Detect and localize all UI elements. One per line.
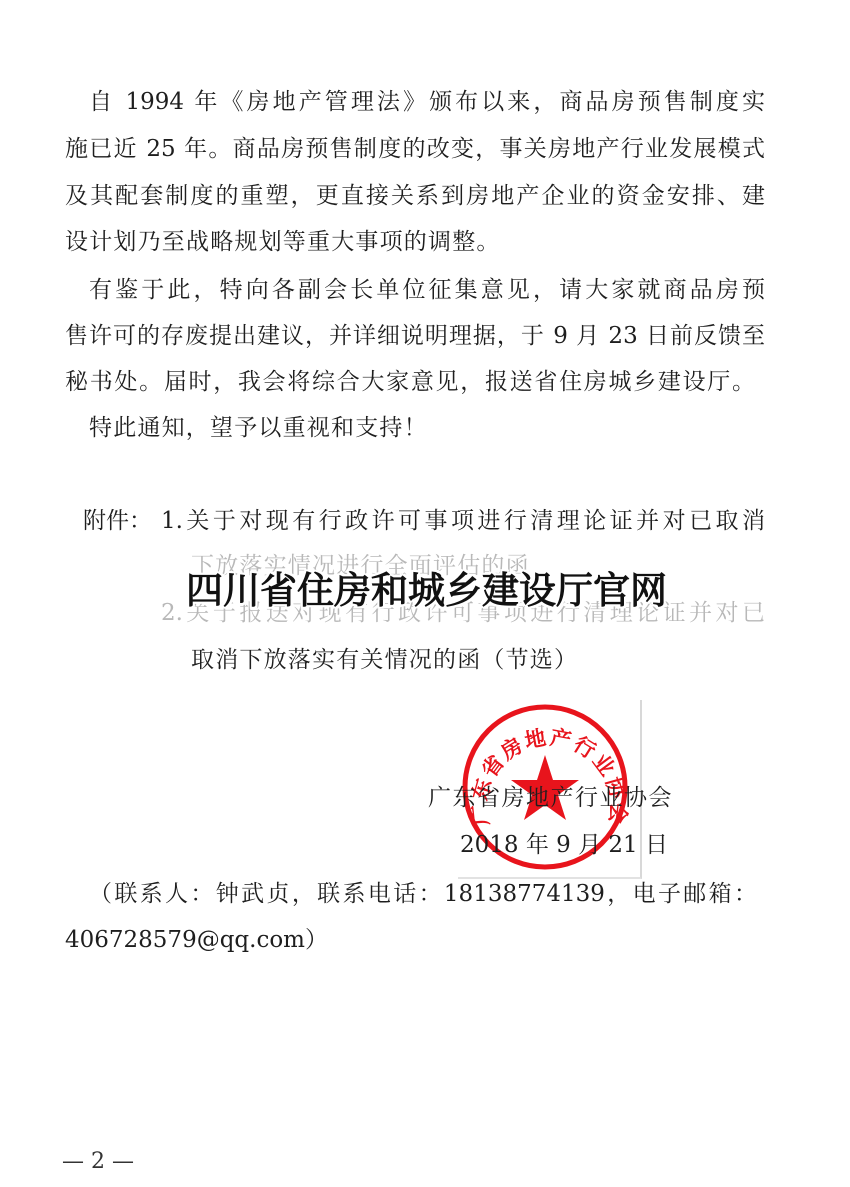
contact-info: （联系人：钟武贞，联系电话：18138774139，电子邮箱： xyxy=(89,879,757,909)
signature-date: 2018 年 9 月 21 日 xyxy=(460,830,668,860)
body-line: 售许可的存废提出建议，并详细说明理据，于 9 月 23 日前反馈至 xyxy=(65,321,765,351)
overlay-site-title: 四川省住房和城乡建设厅官网 xyxy=(186,568,667,614)
signature-organization: 广东省房地产行业协会 xyxy=(428,783,673,813)
body-line: 设计划乃至战略规划等重大事项的调整。 xyxy=(65,227,501,257)
body-line: 特此通知，望予以重视和支持！ xyxy=(89,413,428,443)
body-line: 有鉴于此，特向各副会长单位征集意见，请大家就商品房预 xyxy=(89,275,765,305)
body-line: 施已近 25 年。商品房预售制度的改变，事关房地产行业发展模式 xyxy=(65,134,765,164)
contact-email: 406728579@qq.com） xyxy=(65,925,328,955)
body-line: 自 1994 年《房地产管理法》颁布以来，商品房预售制度实 xyxy=(89,87,765,117)
body-line: 及其配套制度的重塑，更直接关系到房地产企业的资金安排、建 xyxy=(65,181,765,211)
attachment-item-2-continued: 取消下放落实有关情况的函（节选） xyxy=(191,645,578,675)
attachments-label: 附件： xyxy=(83,506,152,536)
body-line: 秘书处。届时，我会将综合大家意见，报送省住房城乡建设厅。 xyxy=(65,367,755,397)
page-number: — 2 — xyxy=(62,1148,134,1176)
attachment-item-1: 1.关于对现有行政许可事项进行清理论证并对已取消 xyxy=(161,506,765,536)
